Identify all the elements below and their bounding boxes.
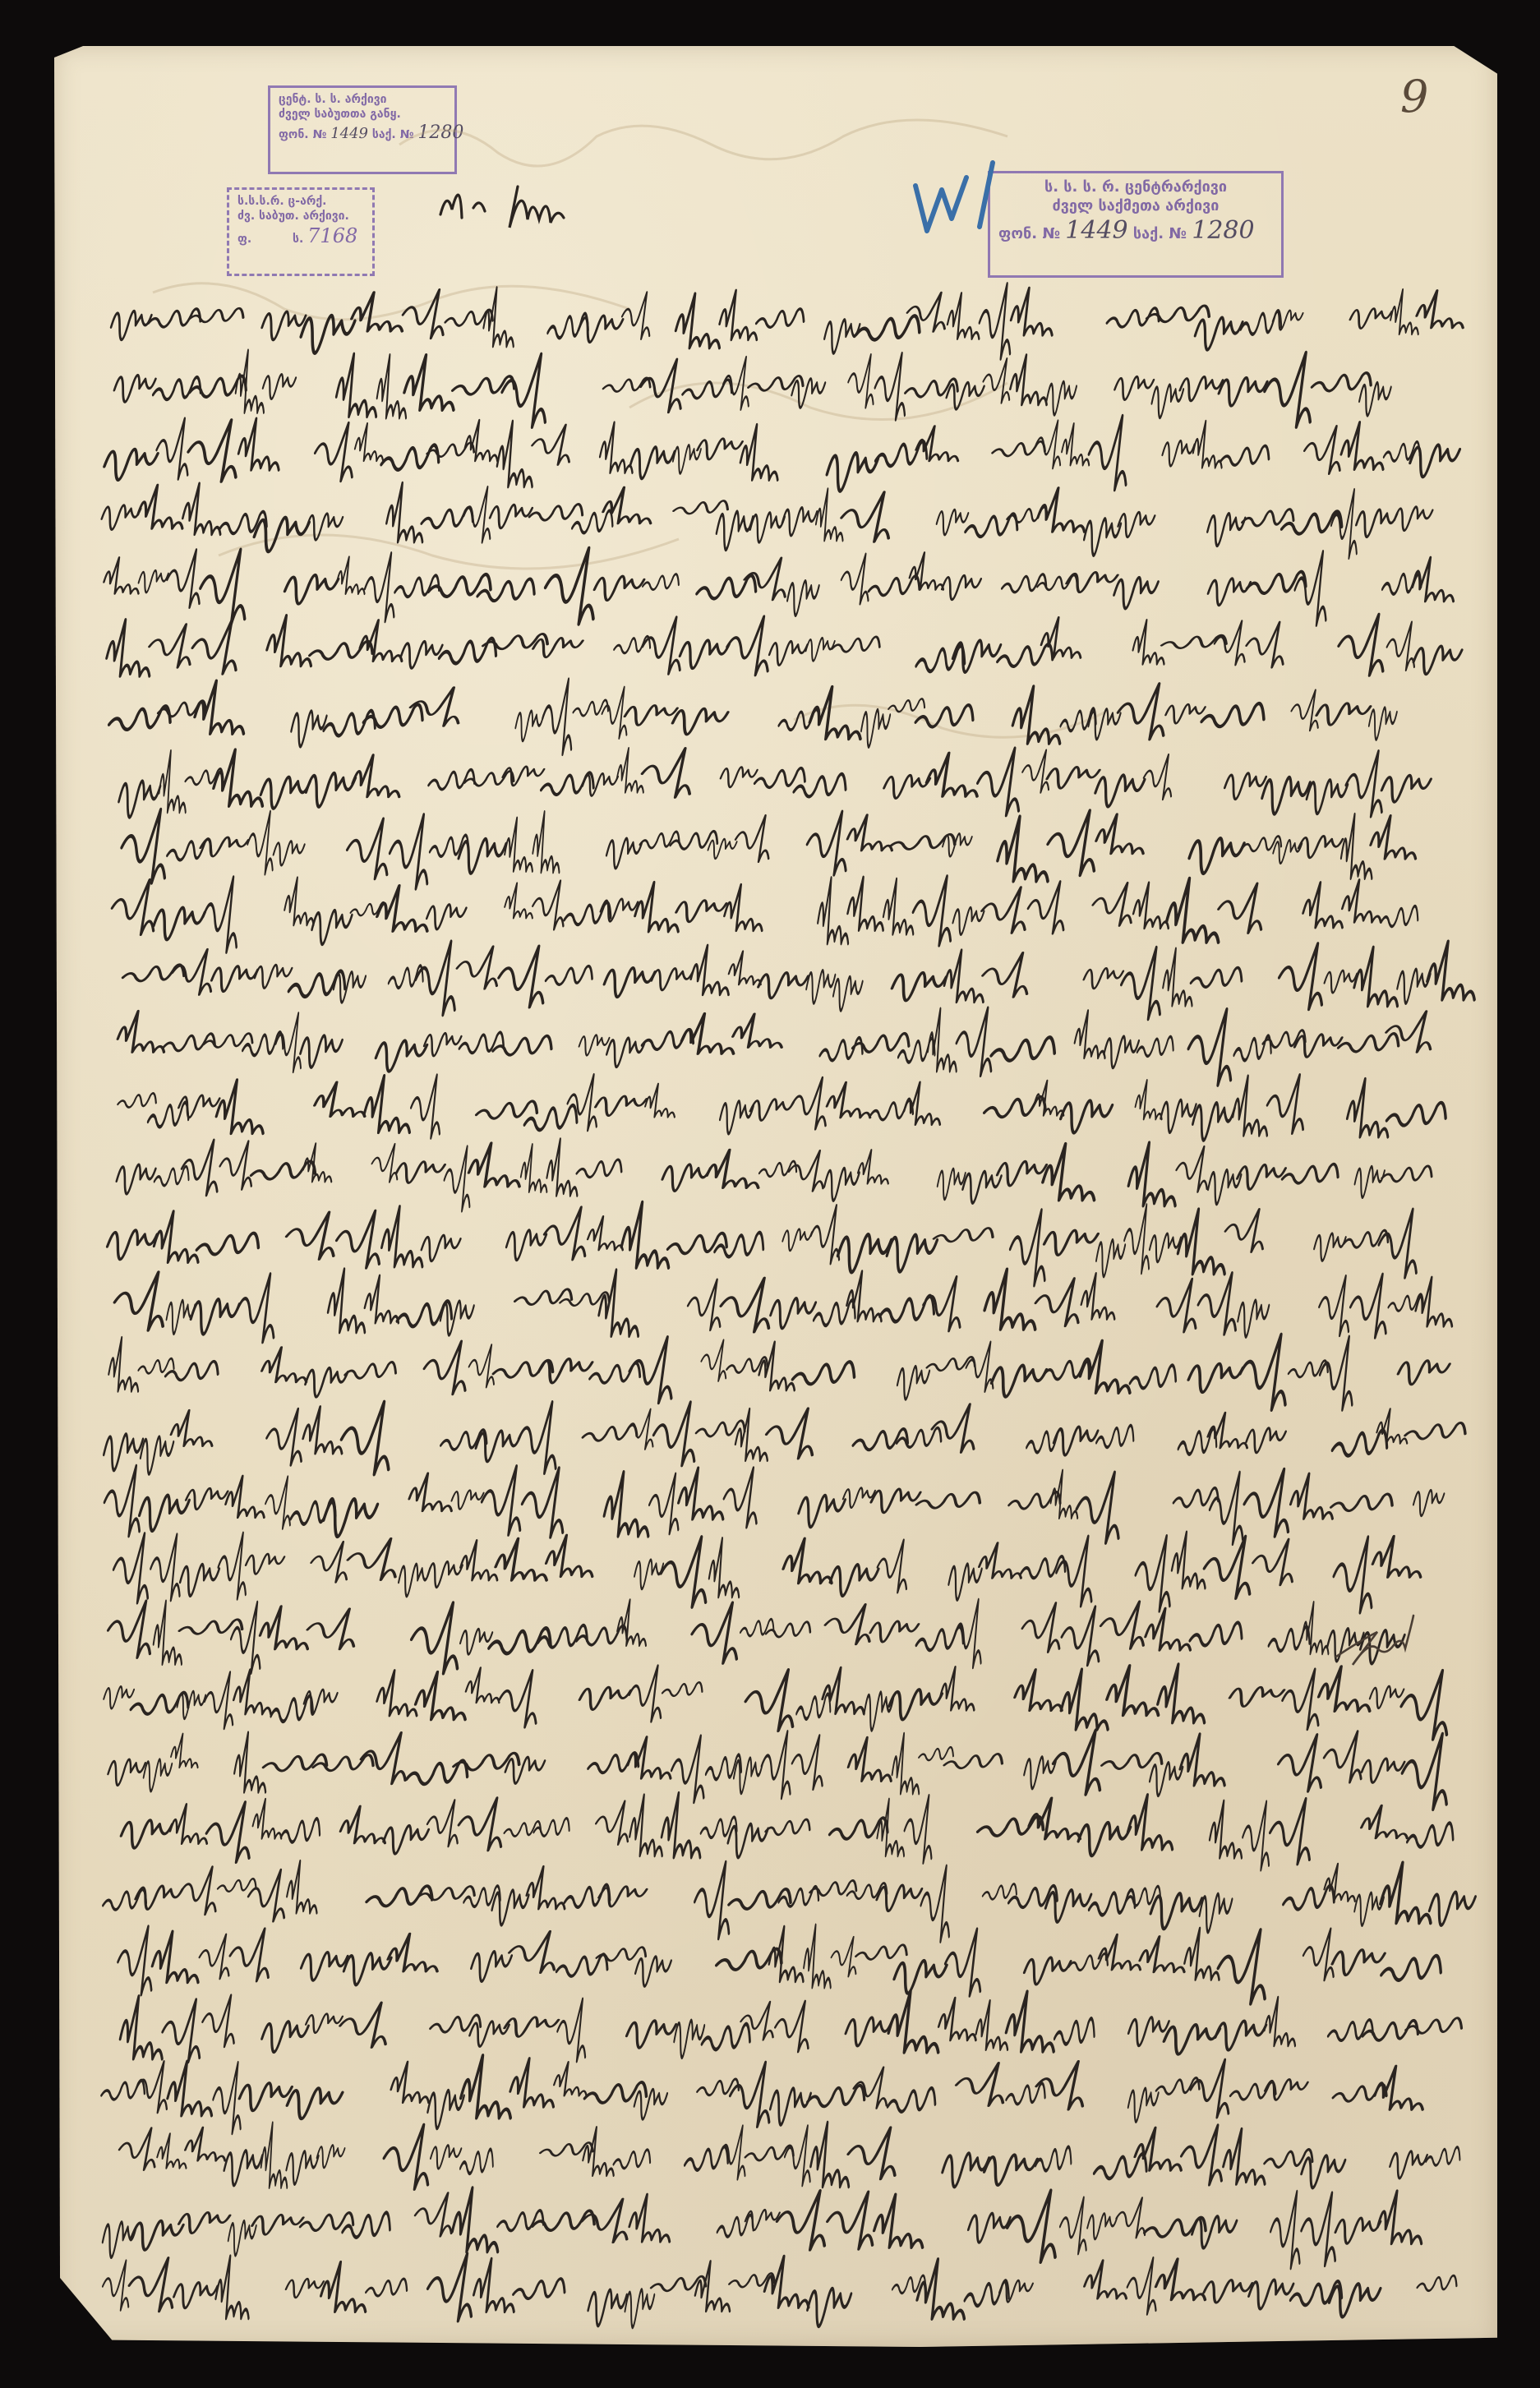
body-lines: [99, 284, 1484, 2327]
handwritten-line: [103, 1664, 1458, 1739]
handwritten-line: [101, 2188, 1430, 2268]
handwritten-text: [54, 46, 1497, 2347]
handwritten-line: [108, 680, 1398, 754]
handwritten-line: [102, 1402, 1468, 1474]
handwritten-line: [118, 1075, 1449, 1141]
handwritten-line: [115, 1008, 1441, 1086]
handwritten-line: [115, 2123, 1461, 2189]
handwritten-line: [113, 351, 1392, 427]
handwritten-line: [103, 1600, 1405, 1674]
handwritten-line: [115, 1139, 1434, 1210]
handwritten-line: [118, 1992, 1464, 2063]
handwritten-line: [105, 1202, 1425, 1285]
heading-stroke: [440, 187, 564, 228]
handwritten-line: [108, 1270, 1459, 1343]
handwritten-line: [107, 876, 1419, 952]
handwritten-line: [114, 1925, 1444, 2004]
handwritten-line: [117, 809, 1425, 888]
handwritten-line: [103, 1861, 1477, 1942]
handwritten-line: [117, 749, 1432, 818]
handwritten-line: [104, 615, 1463, 676]
handwritten-line: [102, 548, 1462, 625]
handwritten-line: [122, 942, 1484, 1019]
handwritten-line: [99, 2254, 1458, 2327]
handwritten-line: [118, 1793, 1455, 1869]
handwritten-line: [99, 483, 1432, 558]
handwritten-line: [102, 416, 1460, 491]
manuscript-page: 9 ცენტ. ს. ს. არქივი ძველ საბუთთა განყ. …: [54, 46, 1497, 2347]
handwritten-line: [101, 2055, 1432, 2133]
handwritten-line: [100, 1466, 1445, 1544]
handwritten-line: [107, 1335, 1450, 1410]
handwritten-line: [106, 1731, 1456, 1809]
handwritten-line: [109, 284, 1473, 358]
